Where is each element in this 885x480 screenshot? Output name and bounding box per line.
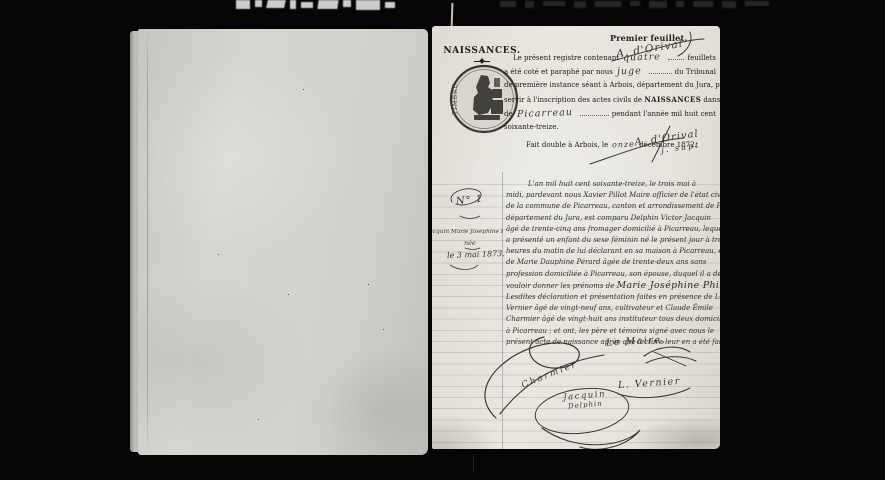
preamble-text: servir à l'inscription des actes civils … xyxy=(504,94,642,107)
seal-text: TIMBRE xyxy=(452,83,459,115)
preamble-text: du Tribunal xyxy=(675,66,716,79)
birth-act-text: L'an mil huit cent soixante-treize, le t… xyxy=(506,179,718,348)
act-line: profession domiciliée à Picarreau, son é… xyxy=(506,269,718,280)
handwritten-fill-feuillets: quatre xyxy=(619,50,665,65)
dotted-rule xyxy=(649,73,672,74)
dotted-rule xyxy=(668,59,684,60)
act-line: à Picarreau ; et ont, les père et témoin… xyxy=(506,326,718,337)
preamble-text: soixante-treize. xyxy=(504,121,559,134)
margin-child-name: Jacquin Marie Joséphine Philomène xyxy=(432,229,503,235)
act-line: de Marie Dauphine Pérard âgée de trente-… xyxy=(506,257,718,268)
left-page xyxy=(138,29,428,455)
preamble-text: de xyxy=(504,108,513,121)
preamble-text: a été coté et paraphé par nous xyxy=(504,66,613,79)
preamble-line-1: Le présent registre contenant quatre feu… xyxy=(504,51,716,65)
preamble-text: de première instance séant à Arbois, dép… xyxy=(504,79,720,92)
preamble-text: Le présent registre contenant xyxy=(513,52,619,65)
margin-rule-line xyxy=(502,172,503,449)
act-line-names: vouloir donner les prénoms de Marie José… xyxy=(506,280,718,292)
clipped-frame-text xyxy=(236,0,414,11)
act-line: heures du matin de lui déclarant en sa m… xyxy=(506,246,718,257)
act-line: Charmier âgé de vingt-huit ans institute… xyxy=(506,314,718,325)
preamble-line-5: de Picarreau pendant l'année mil huit ce… xyxy=(504,107,716,121)
preamble-text: pendant l'année mil huit cent xyxy=(612,108,716,121)
microfilm-frame: Premier feuillet. A. d'Orival NAISSANCES… xyxy=(0,0,885,480)
preamble-line-4: servir à l'inscription des actes civils … xyxy=(504,93,716,107)
act-line: L'an mil huit cent soixante-treize, le t… xyxy=(506,179,718,190)
margin-nee-label: née xyxy=(464,239,476,247)
preamble-naissances-caps: NAISSANCES xyxy=(644,93,701,106)
page-crease xyxy=(147,29,148,455)
faint-frame-text xyxy=(500,1,870,10)
preamble-line-2: a été coté et paraphé par nous juge du T… xyxy=(504,65,716,79)
act-line: Lesdites déclaration et présentation fai… xyxy=(506,292,718,303)
act-line: département du Jura, est comparu Delphin… xyxy=(506,213,718,224)
act-line: midi, pardevant nous Xavier Pillot Maire… xyxy=(506,190,718,201)
act-line: de la commune de Picarreau, canton et ar… xyxy=(506,201,718,212)
act-line: âgé de trente-cinq ans fromager domicili… xyxy=(506,224,718,235)
preamble-line-3: de première instance séant à Arbois, dép… xyxy=(504,79,716,92)
act-text: vouloir donner les prénoms de xyxy=(506,282,617,290)
preamble-text: feuillets xyxy=(687,52,716,65)
dotted-rule xyxy=(580,115,609,116)
binding-mark xyxy=(473,455,474,471)
paper-specks xyxy=(138,29,139,30)
handwritten-fill-juge: juge xyxy=(613,65,646,79)
child-given-names: Marie Joséphine Philomène. xyxy=(617,280,720,291)
act-line: Vernier âgé de vingt-neuf ans, cultivate… xyxy=(506,303,718,314)
right-page: Premier feuillet. A. d'Orival NAISSANCES… xyxy=(432,26,720,449)
act-line: a présenté un enfant du sexe féminin né … xyxy=(506,235,718,246)
preamble-text: dans la commune xyxy=(703,94,720,107)
handwritten-fill-commune: Picarreau xyxy=(512,106,576,121)
